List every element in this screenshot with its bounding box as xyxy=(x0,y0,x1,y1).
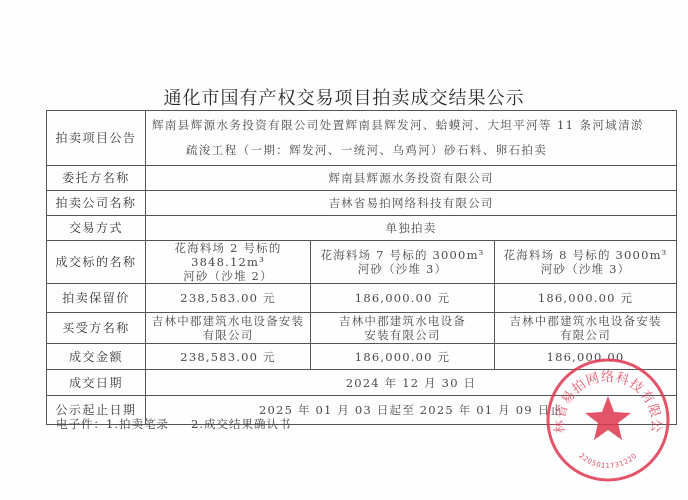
row-consignor: 委托方名称 辉南县辉源水务投资有限公司 xyxy=(47,166,677,191)
attachment-item: 1.拍卖笔录 xyxy=(106,417,169,431)
row-auction-company: 拍卖公司名称 吉林省易拍网络科技有限公司 xyxy=(47,191,677,216)
lot-line-1: 花海料场 7 号标的 3000m³ xyxy=(313,248,492,262)
attachment-item: 2.成交结果确认书 xyxy=(191,417,291,431)
value-auction-company: 吉林省易拍网络科技有限公司 xyxy=(146,191,677,216)
row-lots: 成交标的名称 花海料场 2 号标的 3848.12m³ 河砂（沙堆 2） 花海料… xyxy=(47,241,677,284)
lot-line-1: 花海料场 8 号标的 3000m³ xyxy=(497,248,674,262)
reserve-price-cell: 238,583.00 元 xyxy=(146,284,311,313)
svg-text:2205011731220: 2205011731220 xyxy=(577,452,638,470)
reserve-price-cell: 186,000.00 元 xyxy=(311,284,495,313)
value-consignor: 辉南县辉源水务投资有限公司 xyxy=(146,166,677,191)
project-line-1: 辉南县辉源水务投资有限公司处置辉南县辉发河、蛤蟆河、大坦平河等 11 条河域清淤 xyxy=(152,118,644,132)
row-trade-method: 交易方式 单独拍卖 xyxy=(47,216,677,241)
label-buyer: 买受方名称 xyxy=(47,313,146,344)
lot-line-2: 河砂（沙堆 3） xyxy=(313,262,492,276)
reserve-price-cell: 186,000.00 元 xyxy=(495,284,677,313)
buyer-cell: 吉林中郡建筑水电设备安装 有限公司 xyxy=(146,313,311,344)
label-consignor: 委托方名称 xyxy=(47,166,146,191)
label-auction-company: 拍卖公司名称 xyxy=(47,191,146,216)
document-page: 通化市国有产权交易项目拍卖成交结果公示 拍卖项目公告 辉南县辉源水务投资有限公司… xyxy=(0,0,688,500)
row-buyer: 买受方名称 吉林中郡建筑水电设备安装 有限公司 吉林中郡建筑水电设备 安装有限公… xyxy=(47,313,677,344)
lot-cell: 花海料场 7 号标的 3000m³ 河砂（沙堆 3） xyxy=(311,241,495,284)
project-line-2: 疏浚工程（一期：辉发河、一统河、乌鸡河）砂石料、卵石拍卖 xyxy=(152,138,672,163)
attachments-footer: 电子件：1.拍卖笔录2.成交结果确认书 xyxy=(56,416,313,432)
buyer-line-1: 吉林中郡建筑水电设备安装 xyxy=(148,314,308,328)
buyer-line-1: 吉林中郡建筑水电设备 xyxy=(313,314,492,328)
label-reserve-price: 拍卖保留价 xyxy=(47,284,146,313)
label-deal-amount: 成交金额 xyxy=(47,344,146,370)
buyer-line-2: 安装有限公司 xyxy=(313,328,492,342)
buyer-cell: 吉林中郡建筑水电设备 安装有限公司 xyxy=(311,313,495,344)
company-seal-icon: 吉林省易拍网络科技有限公司 2205011731220 xyxy=(544,356,672,484)
label-project-announcement: 拍卖项目公告 xyxy=(47,111,146,166)
deal-amount-cell: 238,583.00 元 xyxy=(146,344,311,370)
buyer-cell: 吉林中郡建筑水电设备安装 有限公司 xyxy=(495,313,677,344)
seal-code: 2205011731220 xyxy=(577,452,638,470)
value-project-announcement: 辉南县辉源水务投资有限公司处置辉南县辉发河、蛤蟆河、大坦平河等 11 条河域清淤… xyxy=(146,111,677,166)
label-deal-date: 成交日期 xyxy=(47,370,146,396)
row-reserve-price: 拍卖保留价 238,583.00 元 186,000.00 元 186,000.… xyxy=(47,284,677,313)
lot-line-2: 河砂（沙堆 2） xyxy=(148,269,308,283)
label-trade-method: 交易方式 xyxy=(47,216,146,241)
buyer-line-2: 有限公司 xyxy=(497,328,674,342)
value-trade-method: 单独拍卖 xyxy=(146,216,677,241)
label-lots: 成交标的名称 xyxy=(47,241,146,284)
lot-line-1: 花海料场 2 号标的 3848.12m³ xyxy=(148,241,308,269)
lot-line-2: 河砂（沙堆 3） xyxy=(497,262,674,276)
lot-cell: 花海料场 8 号标的 3000m³ 河砂（沙堆 3） xyxy=(495,241,677,284)
lot-cell: 花海料场 2 号标的 3848.12m³ 河砂（沙堆 2） xyxy=(146,241,311,284)
deal-amount-cell: 186,000.00 元 xyxy=(311,344,495,370)
row-project-announcement: 拍卖项目公告 辉南县辉源水务投资有限公司处置辉南县辉发河、蛤蟆河、大坦平河等 1… xyxy=(47,111,677,166)
page-title: 通化市国有产权交易项目拍卖成交结果公示 xyxy=(0,84,688,110)
attachments-prefix: 电子件： xyxy=(56,417,106,431)
buyer-line-2: 有限公司 xyxy=(148,328,308,342)
buyer-line-1: 吉林中郡建筑水电设备安装 xyxy=(497,314,674,328)
